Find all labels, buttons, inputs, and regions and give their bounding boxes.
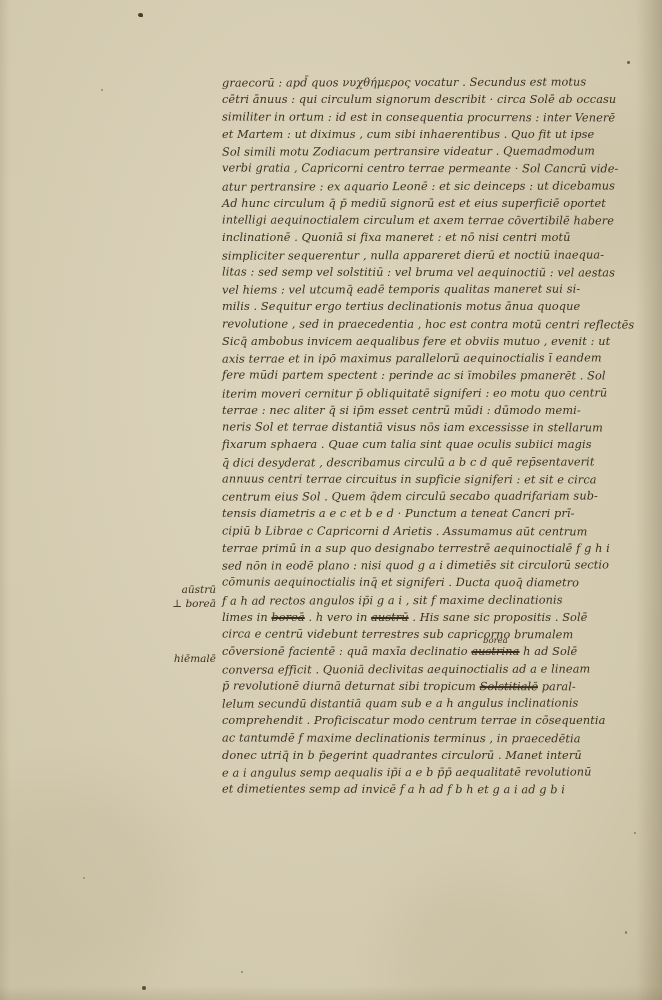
manuscript-line: milis . Sequitur ergo tertius declinatio… [222, 298, 650, 315]
manuscript-line: revolutione , sed in praecedentia , hoc … [222, 315, 650, 333]
struck-word: austrinaborea [471, 645, 519, 658]
text-run: sed nōn in eodē plano : nisi quod g a i … [222, 558, 609, 572]
margin-note-line: hiēmalē [140, 653, 216, 667]
text-run: donec utriq̄ in b p̄egerint quadrantes c… [222, 749, 582, 762]
text-run: q̄ dici desyderat , describamus circulū … [222, 455, 595, 469]
text-run: simpliciter sequerentur , nulla apparere… [222, 248, 604, 262]
manuscript-line: terrae : nec aliter q̄ si ip̄m esset cen… [222, 402, 650, 419]
manuscript-line: e a i angulus semp aequalis ip̄i a e b p… [222, 763, 650, 782]
manuscript-line: iterim moveri cernitur p̄ obliquitatē si… [222, 384, 650, 403]
text-run: vel hiems : vel utcumq̄ eadē temporis qu… [222, 283, 580, 297]
manuscript-line: cōversionē facientē : quā maxīa declinat… [222, 643, 650, 660]
ink-speck [625, 931, 627, 934]
manuscript-line: limes in boreā . h vero in austrū . His … [222, 609, 650, 626]
text-run: e a i angulus semp aequalis ip̄i a e b p… [222, 766, 592, 780]
text-run: . His sane sic propositis . Solē [409, 611, 588, 624]
manuscript-line: simpliciter sequerentur , nulla apparere… [222, 246, 650, 265]
manuscript-line: graecorū : apd̄ quos νυχθήμερος vocatur … [222, 73, 650, 92]
manuscript-line: inclinationē . Quoniā si fixa maneret : … [222, 229, 650, 246]
manuscript-line: p̄ revolutionē diurnā deturnat sibi trop… [222, 677, 650, 695]
text-run: terrae : nec aliter q̄ si ip̄m esset cen… [222, 404, 581, 417]
manuscript-line: terrae primū in a sup quo designabo terr… [222, 540, 650, 557]
manuscript-line: comprehendit . Proficiscatur modo centru… [222, 712, 650, 729]
text-run: centrum eius Sol . Quem q̄dem circulū se… [222, 489, 598, 503]
text-run: annuus centri terrae circuitus in supfic… [222, 472, 597, 486]
page-left-edge-shadow [0, 0, 10, 1000]
manuscript-line: cipiū b Librae c Capricorni d Arietis . … [222, 522, 650, 540]
text-run: . h vero in [305, 611, 371, 624]
ink-speck [101, 89, 103, 91]
ink-speck [138, 13, 143, 17]
manuscript-line: intelligi aequinoctialem circulum et axe… [222, 211, 650, 229]
margin-note-line: aūstrū [148, 584, 216, 598]
manuscript-line: cōmunis aequinoctialis inq̄ et signiferi… [222, 574, 650, 592]
text-run: Sol simili motu Zodiacum pertransire vid… [222, 145, 595, 159]
text-run: cōversionē facientē : quā maxīa declinat… [222, 645, 471, 658]
manuscript-line: q̄ dici desyderat , describamus circulū … [222, 453, 650, 472]
manuscript-line: tensis diametris a e c et b e d · Punctu… [222, 505, 650, 522]
manuscript-line: et dimetientes semp ad invicē f a h ad f… [222, 781, 650, 799]
text-run: terrae primū in a sup quo designabo terr… [222, 542, 610, 555]
text-run: similiter in ortum : id est in consequen… [222, 110, 615, 124]
struck-word: austrū [371, 611, 409, 624]
manuscript-text-block: graecorū : apd̄ quos νυχθήμερος vocatur … [222, 74, 650, 799]
manuscript-line: atur pertransire : ex aquario Leonē : et… [222, 177, 650, 196]
text-run: revolutione , sed in praecedentia , hoc … [222, 317, 634, 331]
text-run: comprehendit . Proficiscatur modo centru… [222, 714, 605, 727]
manuscript-line: vel hiems : vel utcumq̄ eadē temporis qu… [222, 280, 650, 299]
text-run: neris Sol et terrae distantiā visus nōs … [222, 420, 603, 434]
page-bottom-edge-shadow [0, 986, 662, 1000]
text-run: et dimetientes semp ad invicē f a h ad f… [222, 783, 565, 797]
text-run: atur pertransire : ex aquario Leonē : et… [222, 179, 615, 193]
text-run: f a h ad rectos angulos ip̄i g a i , sit… [222, 593, 563, 607]
text-run: graecorū : apd̄ quos νυχθήμερος vocatur … [222, 76, 586, 90]
text-run: verbi gratia , Capricorni centro terrae … [222, 162, 618, 176]
text-run: conversa efficit . Quoniā declivitas aeq… [222, 662, 590, 676]
text-run: axis terrae et in ipō maximus parallelor… [222, 351, 602, 365]
manuscript-line: axis terrae et in ipō maximus parallelor… [222, 349, 650, 368]
margin-note-line: ⊥ boreā [148, 598, 216, 612]
text-run: intelligi aequinoctialem circulum et axe… [222, 213, 614, 227]
text-run: Sicq̄ ambobus invicem aequalibus fere et… [222, 335, 610, 348]
manuscript-line: et Martem : ut diximus , cum sibi inhaer… [222, 126, 650, 143]
struck-word: Solstitialē [480, 680, 538, 693]
margin-note-hiemale: hiēmalē [140, 653, 216, 667]
struck-word: boreā [271, 611, 304, 624]
manuscript-line: conversa efficit . Quoniā declivitas aeq… [222, 660, 650, 679]
text-run: et Martem : ut diximus , cum sibi inhaer… [222, 128, 594, 141]
manuscript-photo: { "colors": { "parchment": "#d7ceb5", "p… [0, 0, 662, 1000]
manuscript-line: verbi gratia , Capricorni centro terrae … [222, 160, 650, 178]
manuscript-line: litas : sed semp vel solstitiū : vel bru… [222, 263, 650, 281]
text-run: limes in [222, 611, 271, 624]
manuscript-line: annuus centri terrae circuitus in supfic… [222, 470, 650, 488]
manuscript-line: Ad hunc circulum q̄ p̄ mediū signorū est… [222, 195, 650, 212]
text-run: fere mūdi partem spectent : perinde ac s… [222, 369, 606, 383]
ink-speck [634, 832, 636, 834]
text-run: h ad Solē [519, 645, 577, 658]
text-run: iterim moveri cernitur p̄ obliquitatē si… [222, 386, 607, 400]
text-run: circa e centrū videbunt terrestres sub c… [222, 627, 573, 641]
text-run: paral- [538, 680, 576, 693]
manuscript-line: centrum eius Sol . Quem q̄dem circulū se… [222, 487, 650, 506]
text-run: inclinationē . Quoniā si fixa maneret : … [222, 231, 571, 244]
ink-speck [241, 971, 243, 973]
manuscript-line: cētri ānuus : qui circulum signorum desc… [222, 91, 650, 108]
text-run: cōmunis aequinoctialis inq̄ et signiferi… [222, 576, 579, 590]
manuscript-line: similiter in ortum : id est in consequen… [222, 108, 650, 126]
manuscript-line: f a h ad rectos angulos ip̄i g a i , sit… [222, 591, 650, 610]
manuscript-line: donec utriq̄ in b p̄egerint quadrantes c… [222, 747, 650, 764]
manuscript-line: fere mūdi partem spectent : perinde ac s… [222, 367, 650, 385]
ink-speck [627, 61, 630, 64]
manuscript-line: sed nōn in eodē plano : nisi quod g a i … [222, 556, 650, 575]
text-run: litas : sed semp vel solstitiū : vel bru… [222, 265, 615, 279]
manuscript-line: ac tantumdē f maxime declinationis termi… [222, 729, 650, 747]
text-run: p̄ revolutionē diurnā deturnat sibi trop… [222, 679, 480, 693]
ink-speck [142, 986, 146, 990]
text-run: cētri ānuus : qui circulum signorum desc… [222, 93, 616, 106]
margin-note-austrum-borea: aūstrū ⊥ boreā [148, 584, 216, 611]
manuscript-page: aūstrū ⊥ boreā hiēmalē graecorū : apd̄ q… [0, 0, 662, 1000]
manuscript-line: Sol simili motu Zodiacum pertransire vid… [222, 142, 650, 161]
text-run: tensis diametris a e c et b e d · Punctu… [222, 507, 574, 520]
ink-speck [83, 877, 85, 879]
manuscript-line: neris Sol et terrae distantiā visus nōs … [222, 418, 650, 436]
manuscript-line: circa e centrū videbunt terrestres sub c… [222, 625, 650, 643]
manuscript-line: Sicq̄ ambobus invicem aequalibus fere et… [222, 333, 650, 350]
interlinear-correction: borea [483, 637, 508, 645]
text-run: ac tantumdē f maxime declinationis termi… [222, 731, 581, 745]
text-run: milis . Sequitur ergo tertius declinatio… [222, 300, 580, 313]
text-run: Ad hunc circulum q̄ p̄ mediū signorū est… [222, 197, 606, 210]
manuscript-line: fixarum sphaera . Quae cum talia sint qu… [222, 436, 650, 453]
manuscript-line: lelum secundū distantiā quam sub e a h a… [222, 694, 650, 713]
text-run: fixarum sphaera . Quae cum talia sint qu… [222, 438, 592, 451]
text-run: cipiū b Librae c Capricorni d Arietis . … [222, 524, 588, 538]
text-run: lelum secundū distantiā quam sub e a h a… [222, 697, 578, 711]
